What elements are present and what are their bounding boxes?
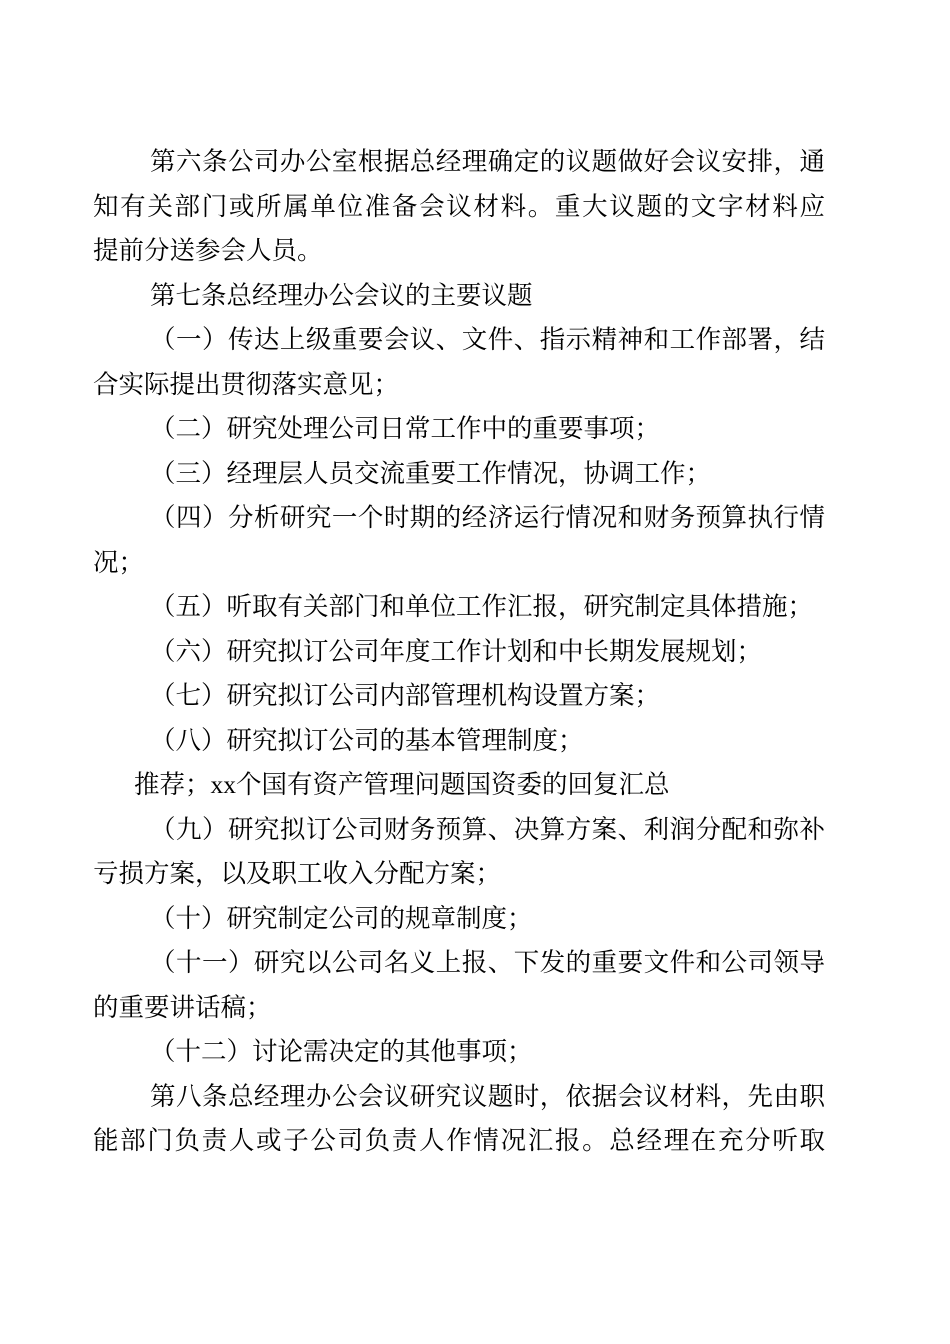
paragraph-item-9: （九）研究拟订公司财务预算、决算方案、利润分配和弥补 亏损方案，以及职工收入分配… (93, 808, 825, 897)
paragraph-item-8: （八）研究拟订公司的基本管理制度； (93, 719, 825, 764)
text-line: （十）研究制定公司的规章制度； (93, 897, 825, 942)
text-line: （七）研究拟订公司内部管理机构设置方案； (93, 674, 825, 719)
paragraph-item-2: （二）研究处理公司日常工作中的重要事项； (93, 407, 825, 452)
text-line: （五）听取有关部门和单位工作汇报，研究制定具体措施； (93, 585, 825, 630)
paragraph-recommendation: 推荐；xx个国有资产管理问题国资委的回复汇总 (93, 763, 825, 808)
paragraph-item-11: （十一）研究以公司名义上报、下发的重要文件和公司领导 的重要讲话稿； (93, 941, 825, 1030)
text-line: 第六条公司办公室根据总经理确定的议题做好会议安排，通 (93, 140, 825, 185)
document-page: 第六条公司办公室根据总经理确定的议题做好会议安排，通 知有关部门或所属单位准备会… (0, 0, 950, 1344)
text-line: 合实际提出贯彻落实意见； (93, 363, 825, 408)
paragraph-article-7-title: 第七条总经理办公会议的主要议题 (93, 274, 825, 319)
paragraph-item-12: （十二）讨论需决定的其他事项； (93, 1030, 825, 1075)
paragraph-article-8: 第八条总经理办公会议研究议题时，依据会议材料，先由职 能部门负责人或子公司负责人… (93, 1075, 825, 1164)
text-line: 况； (93, 541, 825, 586)
text-line: （三）经理层人员交流重要工作情况，协调工作； (93, 452, 825, 497)
text-line: 知有关部门或所属单位准备会议材料。重大议题的文字材料应 (93, 185, 825, 230)
text-line: 第七条总经理办公会议的主要议题 (93, 274, 825, 319)
paragraph-article-6: 第六条公司办公室根据总经理确定的议题做好会议安排，通 知有关部门或所属单位准备会… (93, 140, 825, 274)
text-line: （九）研究拟订公司财务预算、决算方案、利润分配和弥补 (93, 808, 825, 853)
paragraph-item-3: （三）经理层人员交流重要工作情况，协调工作； (93, 452, 825, 497)
text-line: （六）研究拟订公司年度工作计划和中长期发展规划； (93, 630, 825, 675)
text-line: （十一）研究以公司名义上报、下发的重要文件和公司领导 (93, 941, 825, 986)
paragraph-item-6: （六）研究拟订公司年度工作计划和中长期发展规划； (93, 630, 825, 675)
paragraph-item-1: （一）传达上级重要会议、文件、指示精神和工作部署，结 合实际提出贯彻落实意见； (93, 318, 825, 407)
paragraph-item-7: （七）研究拟订公司内部管理机构设置方案； (93, 674, 825, 719)
recommendation-line: 推荐；xx个国有资产管理问题国资委的回复汇总 (93, 763, 825, 808)
text-line: （八）研究拟订公司的基本管理制度； (93, 719, 825, 764)
text-line: 亏损方案，以及职工收入分配方案； (93, 852, 825, 897)
text-line: 的重要讲话稿； (93, 986, 825, 1031)
text-line: （一）传达上级重要会议、文件、指示精神和工作部署，结 (93, 318, 825, 363)
text-line: （四）分析研究一个时期的经济运行情况和财务预算执行情 (93, 496, 825, 541)
text-line: （二）研究处理公司日常工作中的重要事项； (93, 407, 825, 452)
text-line: 能部门负责人或子公司负责人作情况汇报。总经理在充分听取 (93, 1119, 825, 1164)
paragraph-item-5: （五）听取有关部门和单位工作汇报，研究制定具体措施； (93, 585, 825, 630)
text-line: （十二）讨论需决定的其他事项； (93, 1030, 825, 1075)
text-line: 提前分送参会人员。 (93, 229, 825, 274)
paragraph-item-10: （十）研究制定公司的规章制度； (93, 897, 825, 942)
text-line: 第八条总经理办公会议研究议题时，依据会议材料，先由职 (93, 1075, 825, 1120)
paragraph-item-4: （四）分析研究一个时期的经济运行情况和财务预算执行情 况； (93, 496, 825, 585)
